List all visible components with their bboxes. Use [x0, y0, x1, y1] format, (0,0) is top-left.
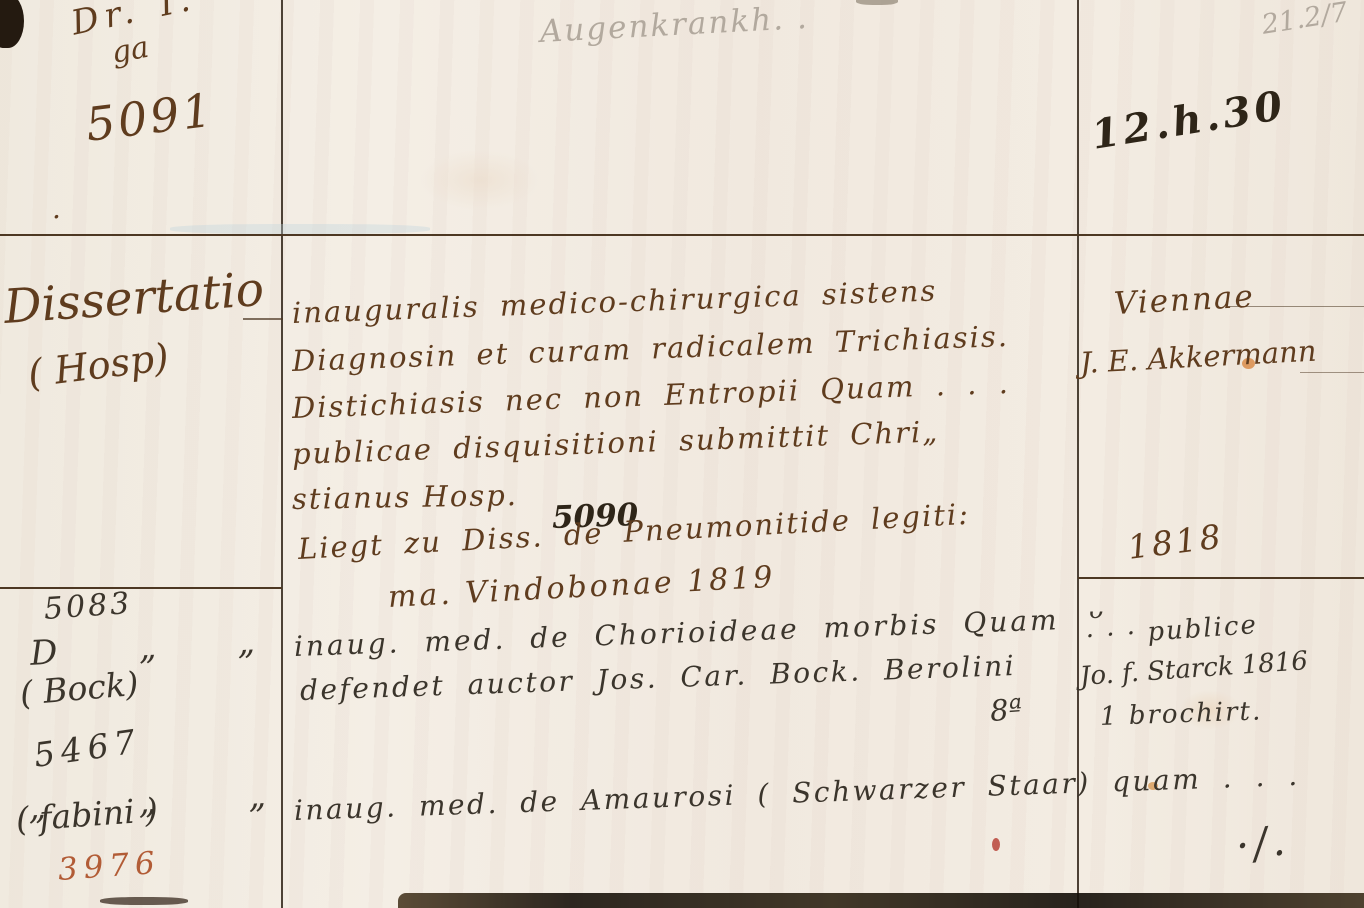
second-entry-number-2: 5467 [31, 721, 143, 775]
foxing-stain-2 [420, 150, 540, 210]
title-line-4: publicae disquisitioni submittit Chri„ [291, 414, 939, 471]
heading-flourish-line [243, 318, 283, 320]
publisher-flourish-line [1300, 372, 1364, 373]
archival-ref-pencil: 21.2/7 [1260, 0, 1350, 41]
record-number: 5091 [83, 82, 218, 151]
top-edge-smudge [856, 0, 898, 5]
imprint-year: 1818 [1126, 516, 1226, 566]
second-right-line-3: 1 brochirt. [1099, 696, 1262, 732]
second-right-line-1: · · · publice [1085, 610, 1259, 652]
title-line-5: stianus Hosp. [292, 478, 519, 516]
bottom-dark-band [398, 893, 1364, 908]
ditto-mark: „ [236, 622, 256, 663]
entry-author: ( Hosp) [25, 335, 171, 396]
subject-annotation-pencil: Augenkrankh. . [539, 0, 809, 50]
right-column-divider-line [1078, 577, 1364, 579]
title-line-1: inauguralis medico-chirurgica sistens [291, 273, 937, 330]
second-entry-number: 5083 [43, 586, 134, 627]
corner-ink-blot [0, 0, 24, 48]
bottom-edge-dash [100, 897, 188, 905]
third-entry-number: 3976 [57, 845, 162, 888]
end-mark: ·/. [1233, 815, 1292, 871]
imprint-place: Viennae [1113, 279, 1256, 322]
blue-tint-streak [170, 224, 430, 234]
cross-ref-line-2: ma. Vindobonae 1819 [387, 560, 776, 615]
left-column-divider-line [0, 587, 282, 589]
ditto-row-1: D „ „ [29, 622, 256, 674]
third-title-line: inaug. med. de Amaurosi ( Schwarzer Staa… [293, 759, 1300, 827]
header-divider-line [0, 234, 1364, 236]
imprint-publisher: J. E. Akkermann [1079, 334, 1317, 380]
ditto-mark: „ [247, 776, 267, 817]
format-mark: 8ª [989, 692, 1024, 728]
shelfmark: 12.h.30 [1088, 82, 1289, 159]
second-right-line-2: Jo. f. Starck 1816 [1079, 646, 1309, 692]
catalog-card: Dr. T. ga 5091 . Augenkrankh. . 21.2/7 1… [0, 0, 1364, 908]
check-mark: ᴗ [1088, 596, 1102, 624]
ditto-mark: „ [137, 627, 157, 668]
ditto-letter: D [29, 632, 58, 673]
stray-dot: . [52, 192, 61, 225]
column-divider-left [281, 0, 283, 908]
physician-annotation-line2: ga [109, 30, 152, 71]
red-speck [992, 838, 1000, 851]
entry-heading: Dissertatio [2, 262, 266, 335]
